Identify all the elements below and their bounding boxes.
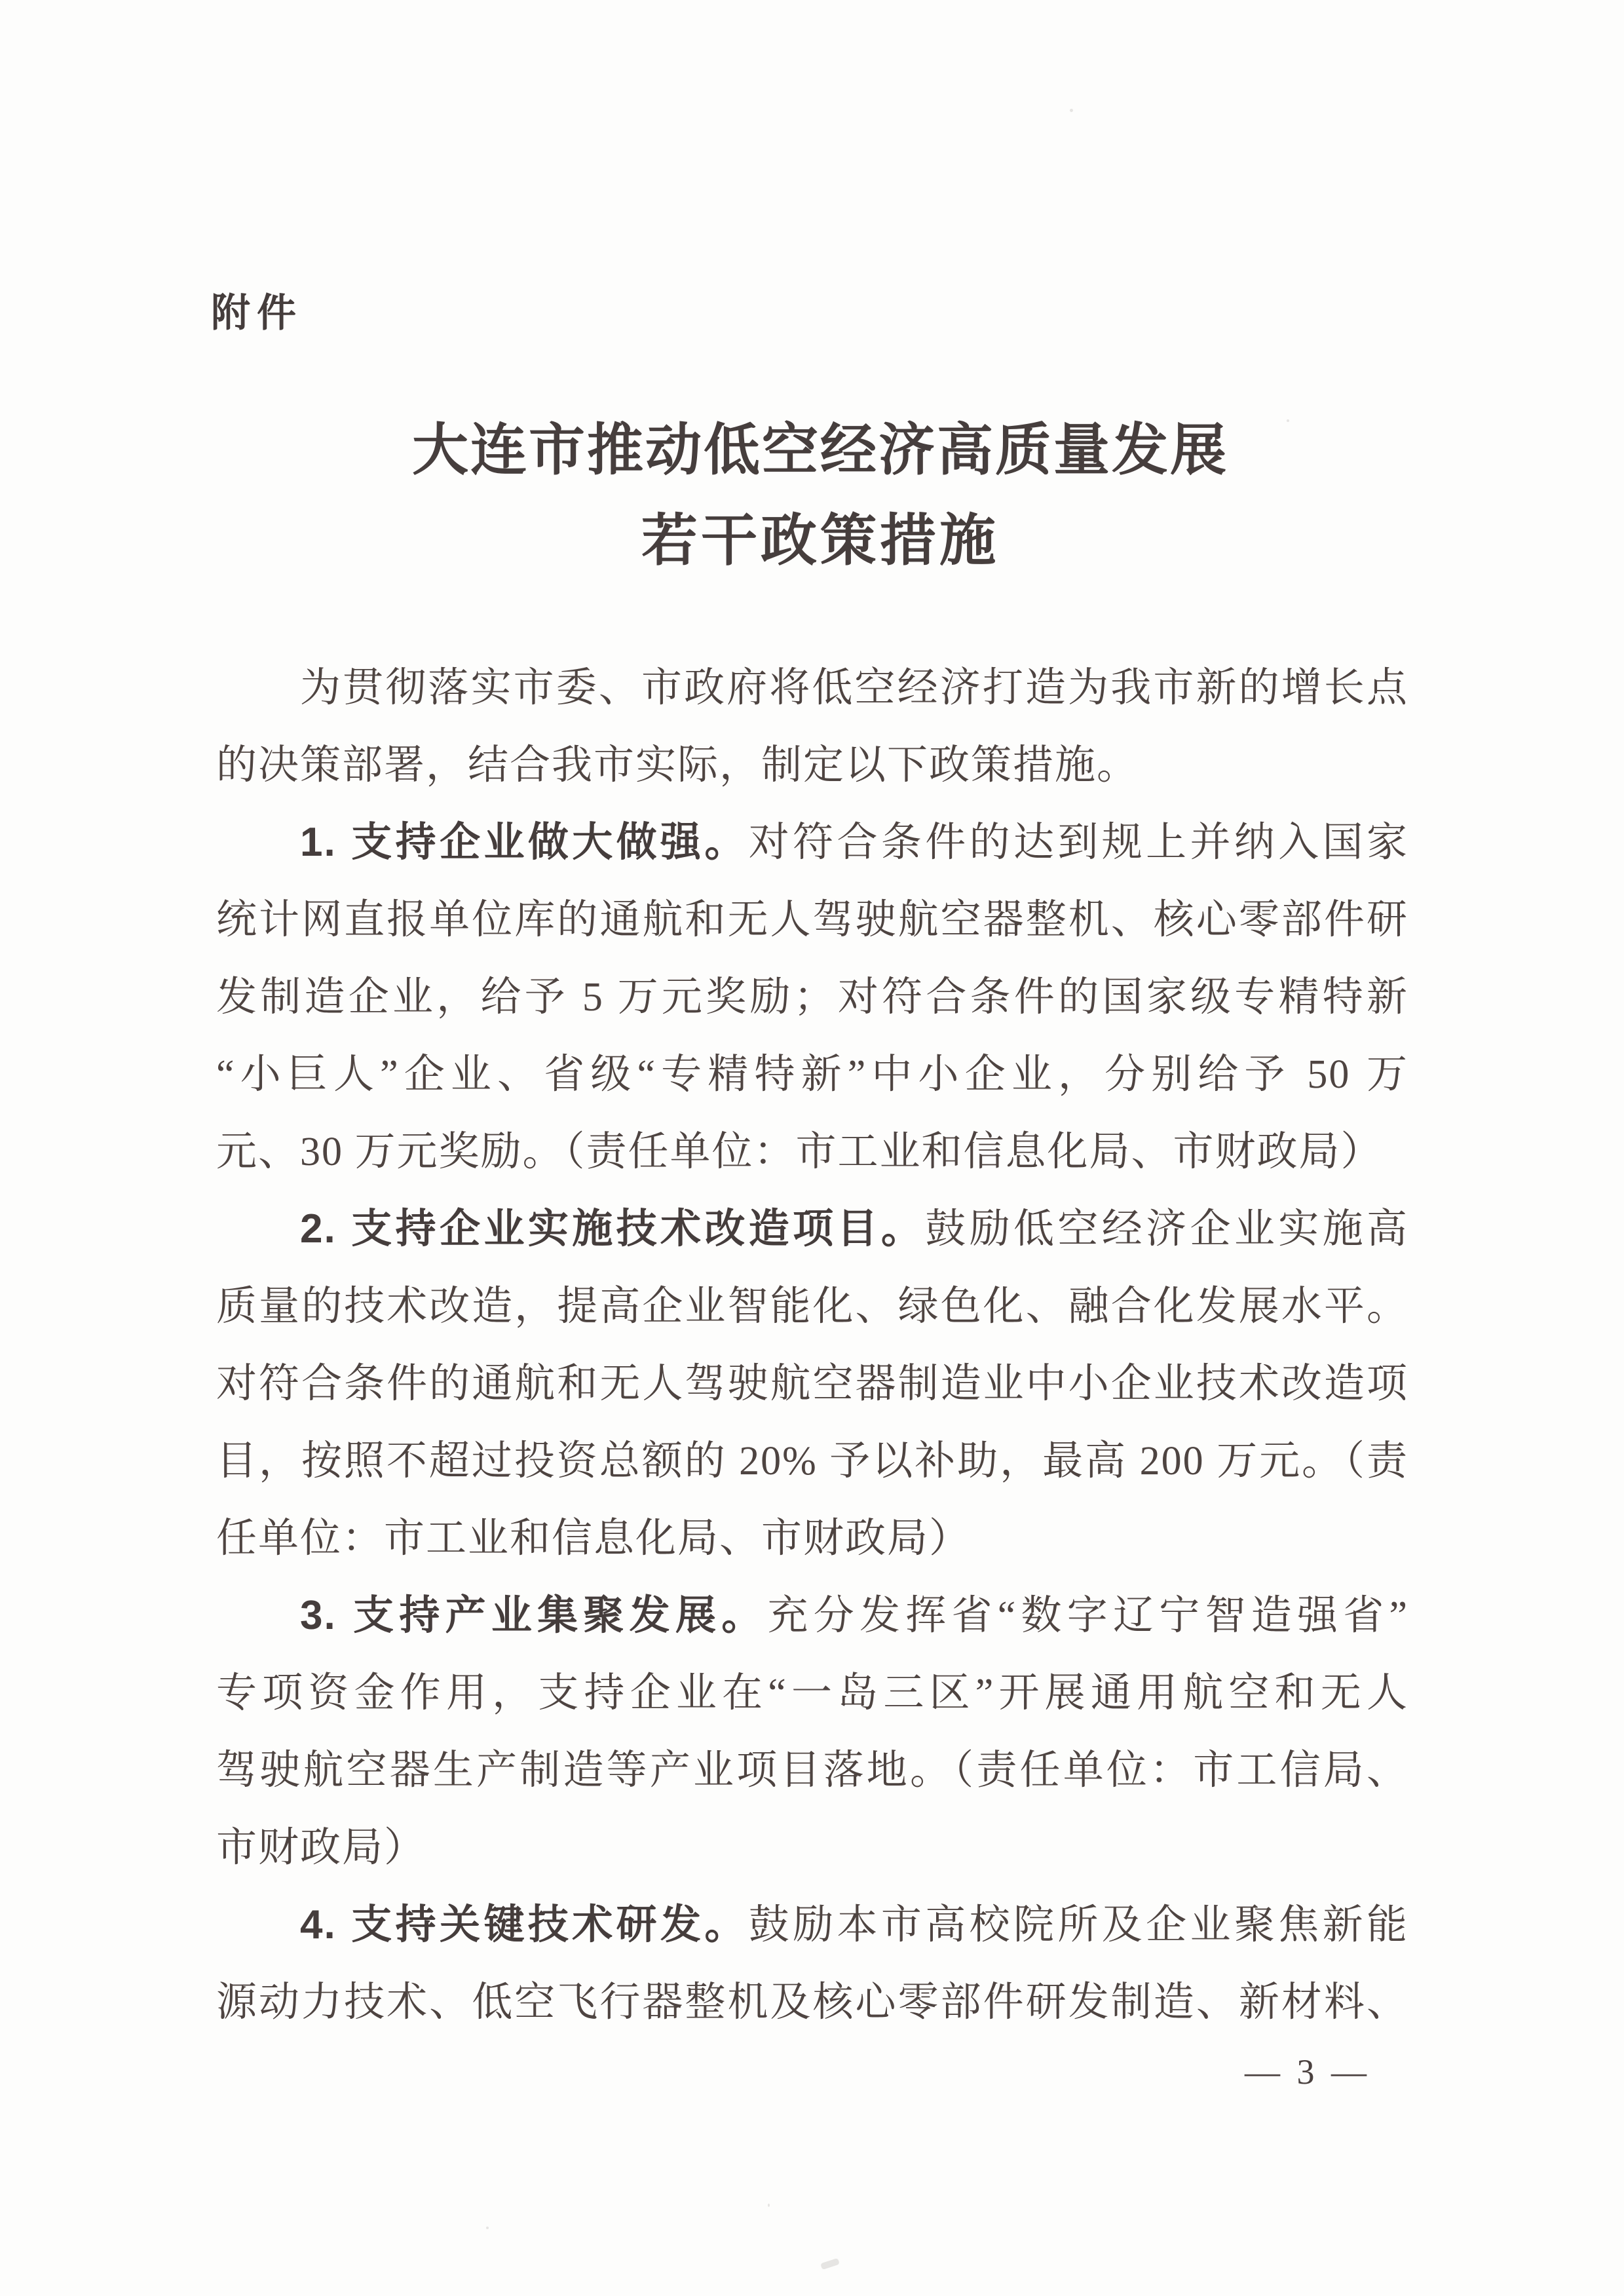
- text-run: 鼓励低空经济企业实施高: [925, 1207, 1408, 1252]
- text-line: 的决策部署，结合我市实际，制定以下政策措施。: [216, 727, 1408, 804]
- document-title-line2: 若干政策措施: [216, 511, 1424, 570]
- text-line: 3. 支持产业集聚发展。充分发挥省“数字辽宁智造强省”: [216, 1577, 1408, 1655]
- scan-speck: [768, 2204, 770, 2207]
- paragraph: 4. 支持关键技术研发。鼓励本市高校院所及企业聚焦新能源动力技术、低空飞行器整机…: [216, 1886, 1408, 2041]
- text-run: 充分发挥省“数字辽宁智造强省”: [767, 1594, 1408, 1638]
- text-line: 任单位：市工业和信息化局、市财政局）: [216, 1500, 1408, 1577]
- text-run: 的决策部署，结合我市实际，制定以下政策措施。: [216, 743, 1139, 788]
- text-line: 对符合条件的通航和无人驾驶航空器制造业中小企业技术改造项: [216, 1345, 1408, 1423]
- text-run: 为贯彻落实市委、市政府将低空经济打造为我市新的增长点: [300, 666, 1408, 710]
- text-line: 1. 支持企业做大做强。对符合条件的达到规上并纳入国家: [216, 804, 1408, 881]
- text-line: 专项资金作用，支持企业在“一岛三区”开展通用航空和无人: [216, 1655, 1408, 1732]
- text-run: 对符合条件的达到规上并纳入国家: [749, 820, 1408, 865]
- clause-heading: 1. 支持企业做大做强。: [300, 820, 749, 865]
- paragraph: 3. 支持产业集聚发展。充分发挥省“数字辽宁智造强省”专项资金作用，支持企业在“…: [216, 1577, 1408, 1886]
- text-line: 4. 支持关键技术研发。鼓励本市高校院所及企业聚焦新能: [216, 1886, 1408, 1964]
- text-run: “小巨人”企业、省级“专精特新”中小企业，分别给予 50 万: [216, 1052, 1408, 1097]
- page-number: — 3 —: [1245, 2052, 1441, 2092]
- scan-speck: [1287, 419, 1289, 422]
- text-run: 专项资金作用，支持企业在“一岛三区”开展通用航空和无人: [216, 1671, 1408, 1715]
- text-line: 驾驶航空器生产制造等产业项目落地。（责任单位：市工信局、: [216, 1732, 1408, 1809]
- text-run: 市财政局）: [216, 1826, 426, 1870]
- text-line: 质量的技术改造，提高企业智能化、绿色化、融合化发展水平。: [216, 1268, 1408, 1345]
- text-line: 发制造企业，给予 5 万元奖励；对符合条件的国家级专精特新: [216, 959, 1408, 1036]
- scan-speck: [486, 2227, 489, 2229]
- text-line: 市财政局）: [216, 1809, 1408, 1886]
- text-run: 对符合条件的通航和无人驾驶航空器制造业中小企业技术改造项: [216, 1362, 1408, 1406]
- text-run: 驾驶航空器生产制造等产业项目落地。（责任单位：市工信局、: [216, 1748, 1408, 1793]
- text-run: 目，按照不超过投资总额的 20% 予以补助，最高 200 万元。（责: [216, 1439, 1408, 1483]
- text-line: 源动力技术、低空飞行器整机及核心零部件研发制造、新材料、: [216, 1964, 1408, 2041]
- scan-speck: [1070, 109, 1073, 112]
- body-text: 为贯彻落实市委、市政府将低空经济打造为我市新的增长点的决策部署，结合我市实际，制…: [216, 649, 1408, 2041]
- attachment-label: 附件: [211, 292, 303, 335]
- text-line: 为贯彻落实市委、市政府将低空经济打造为我市新的增长点: [216, 649, 1408, 727]
- clause-heading: 3. 支持产业集聚发展。: [300, 1593, 767, 1638]
- paragraph: 1. 支持企业做大做强。对符合条件的达到规上并纳入国家统计网直报单位库的通航和无…: [216, 804, 1408, 1191]
- paragraph: 2. 支持企业实施技术改造项目。鼓励低空经济企业实施高质量的技术改造，提高企业智…: [216, 1191, 1408, 1577]
- text-run: 源动力技术、低空飞行器整机及核心零部件研发制造、新材料、: [216, 1980, 1408, 2025]
- text-line: 元、30 万元奖励。（责任单位：市工业和信息化局、市财政局）: [216, 1113, 1408, 1191]
- text-run: 鼓励本市高校院所及企业聚焦新能: [749, 1903, 1408, 1947]
- text-line: 2. 支持企业实施技术改造项目。鼓励低空经济企业实施高: [216, 1191, 1408, 1268]
- text-line: “小巨人”企业、省级“专精特新”中小企业，分别给予 50 万: [216, 1036, 1408, 1113]
- text-run: 任单位：市工业和信息化局、市财政局）: [216, 1516, 971, 1561]
- text-run: 发制造企业，给予 5 万元奖励；对符合条件的国家级专精特新: [216, 975, 1408, 1020]
- text-run: 统计网直报单位库的通航和无人驾驶航空器整机、核心零部件研: [216, 898, 1408, 942]
- scan-smudge: [820, 2258, 840, 2270]
- clause-heading: 2. 支持企业实施技术改造项目。: [300, 1206, 925, 1252]
- clause-heading: 4. 支持关键技术研发。: [300, 1902, 749, 1947]
- text-run: 元、30 万元奖励。（责任单位：市工业和信息化局、市财政局）: [216, 1130, 1383, 1174]
- paragraph: 为贯彻落实市委、市政府将低空经济打造为我市新的增长点的决策部署，结合我市实际，制…: [216, 649, 1408, 804]
- text-line: 统计网直报单位库的通航和无人驾驶航空器整机、核心零部件研: [216, 881, 1408, 959]
- document-title-line1: 大连市推动低空经济高质量发展: [216, 421, 1424, 480]
- document-page: 附件 大连市推动低空经济高质量发展 若干政策措施 为贯彻落实市委、市政府将低空经…: [0, 0, 1624, 2296]
- text-line: 目，按照不超过投资总额的 20% 予以补助，最高 200 万元。（责: [216, 1423, 1408, 1500]
- text-run: 质量的技术改造，提高企业智能化、绿色化、融合化发展水平。: [216, 1284, 1408, 1329]
